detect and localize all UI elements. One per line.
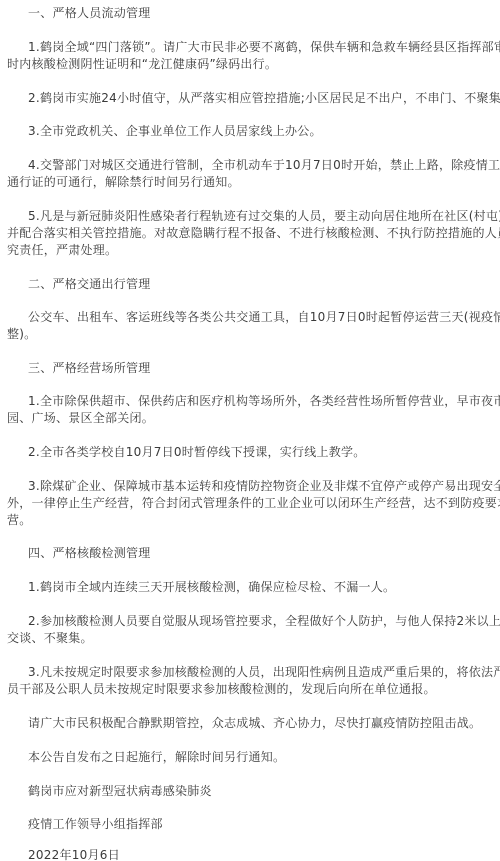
section-4-item-3-line-2: 员干部及公职人员未按规定时限要求参加核酸检测的，发现后向所在单位通报。 (7, 681, 497, 698)
signature-line-2: 疫情工作领导小组指挥部 (7, 816, 500, 833)
section-4-item-2-line-1: 2.参加核酸检测人员要自觉服从现场管控要求，全程做好个人防护，与他人保持2米以上… (7, 613, 500, 630)
section-2-item-1-line-2: 整)。 (7, 326, 497, 343)
section-1-item-1-line-1: 1.鹤岗全域“四门落锁”。请广大市民非必要不离鹤，保供车辆和急救车辆经县区指挥部… (7, 39, 500, 56)
section-3-item-3-line-2: 外，一律停止生产经营，符合封闭式管理条件的工业企业可以闭环生产经营，达不到防疫要… (7, 495, 497, 512)
section-3-item-2: 2.全市各类学校自10月7日0时暂停线下授课，实行线上教学。 (7, 444, 500, 461)
section-1-item-3: 3.全市党政机关、企事业单位工作人员居家线上办公。 (7, 123, 500, 140)
section-3-item-3-line-1: 3.除煤矿企业、保障城市基本运转和疫情防控物资企业及非煤不宜停产或停产易出现安全… (7, 478, 500, 495)
section-4-item-1: 1.鹤岗市全域内连续三天开展核酸检测，确保应检尽检、不漏一人。 (7, 579, 500, 596)
section-4-heading: 四、严格核酸检测管理 (7, 545, 500, 562)
section-3-item-1-line-2: 园、广场、景区全部关闭。 (7, 410, 497, 427)
section-1-item-4-line-2: 通行证的可通行，解除禁行时间另行通知。 (7, 174, 497, 191)
section-1-item-5-line-1: 5.凡是与新冠肺炎阳性感染者行程轨迹有过交集的人员，要主动向居住地所在社区(村屯… (7, 208, 500, 225)
section-3-item-1-line-1: 1.全市除保供超市、保供药店和医疗机构等场所外，各类经营性场所暂停营业，早市夜市… (7, 393, 500, 410)
section-3-heading: 三、严格经营场所管理 (7, 360, 500, 377)
section-1-item-1-line-2: 时内核酸检测阴性证明和“龙江健康码”绿码出行。 (7, 56, 497, 73)
section-1-item-4-line-1: 4.交警部门对城区交通进行管制，全市机动车于10月7日0时开始，禁止上路，除疫情… (7, 157, 500, 174)
section-4-item-3-line-1: 3.凡未按规定时限要求参加核酸检测的人员，出现阳性病例且造成严重后果的，将依法严… (7, 664, 500, 681)
section-3-item-3-line-3: 营。 (7, 512, 497, 529)
section-1-heading: 一、严格人员流动管理 (7, 5, 500, 22)
section-1-item-5-line-2: 并配合落实相关管控措施。对故意隐瞒行程不报备、不进行核酸检测、不执行防控措施的人… (7, 225, 497, 242)
closing-appeal: 请广大市民积极配合静默期管控，众志成城、齐心协力，尽快打赢疫情防控阻击战。 (7, 715, 500, 732)
section-1-item-2: 2.鹤岗市实施24小时值守，从严落实相应管控措施;小区居民足不出户，不串门、不聚… (7, 90, 500, 107)
closing-effective-notice: 本公告自发布之日起施行，解除时间另行通知。 (7, 749, 500, 766)
section-1-item-5-line-3: 究责任，严肃处理。 (7, 242, 497, 259)
document-date: 2022年10月6日 (7, 847, 500, 861)
signature-line-1: 鹤岗市应对新型冠状病毒感染肺炎 (7, 783, 500, 800)
section-4-item-2-line-2: 交谈、不聚集。 (7, 630, 497, 647)
section-2-heading: 二、严格交通出行管理 (7, 276, 500, 293)
section-2-item-1-line-1: 公交车、出租车、客运班线等各类公共交通工具，自10月7日0时起暂停运营三天(视疫… (7, 309, 500, 326)
